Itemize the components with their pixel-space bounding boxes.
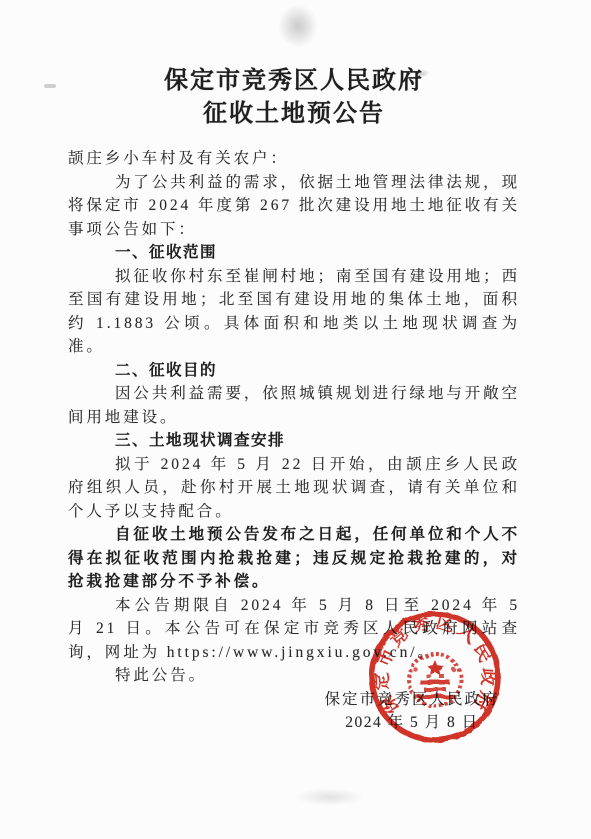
section-1-heading: 一、征收范围 [68,241,520,265]
page-title: 保定市竞秀区人民政府 征收土地预公告 [68,64,520,130]
section-3-heading: 三、土地现状调查安排 [68,429,520,453]
section-2-heading: 二、征收目的 [68,359,520,383]
notice-document: 保定市竞秀区人民政府 征收土地预公告 颉庄乡小车村及有关农户： 为了公共利益的需… [0,0,591,839]
validity-paragraph: 本公告期限自 2024 年 5 月 8 日至 2024 年 5 月 21 日。本… [68,594,520,665]
salutation: 颉庄乡小车村及有关农户： [68,147,520,171]
section-2-body: 因公共利益需要，依照城镇规划进行绿地与开敞空间用地建设。 [68,382,520,429]
section-3-body: 拟于 2024 年 5 月 22 日开始，由颉庄乡人民政府组织人员，赴你村开展土… [68,453,520,524]
closing-statement: 特此公告。 [68,664,520,688]
signature-block: 保定市竞秀区人民政府 2024 年 5 月 8 日 [314,688,510,735]
scan-artifact [295,788,365,806]
notice-body: 颉庄乡小车村及有关农户： 为了公共利益的需求，依据土地管理法律法规，现将保定市 … [68,147,520,735]
signature-org: 保定市竞秀区人民政府 [314,688,510,712]
intro-paragraph: 为了公共利益的需求，依据土地管理法律法规，现将保定市 2024 年度第 267 … [68,171,520,242]
section-1-body: 拟征收你村东至崔闸村地；南至国有建设用地；西至国有建设用地；北至国有建设用地的集… [68,265,520,359]
title-subject: 征收土地预公告 [68,97,520,130]
scan-artifact [278,4,318,48]
title-issuer: 保定市竞秀区人民政府 [68,64,520,97]
signature-date: 2024 年 5 月 8 日 [314,711,510,735]
warning-paragraph: 自征收土地预公告发布之日起，任何单位和个人不得在拟征收范围内抢栽抢建；违反规定抢… [68,523,520,594]
scan-artifact [44,84,56,88]
